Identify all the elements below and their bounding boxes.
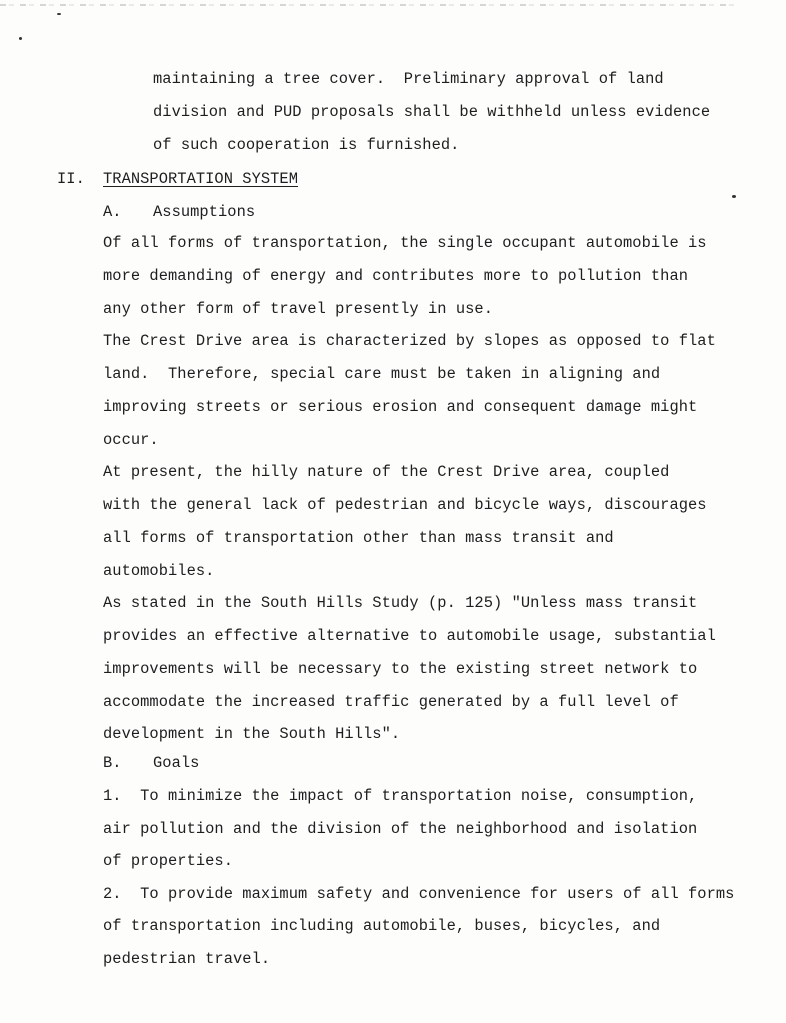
assumption-line: The Crest Drive area is characterized by…: [103, 332, 716, 350]
scan-speck: [19, 37, 22, 40]
assumption-line: with the general lack of pedestrian and …: [103, 496, 707, 514]
assumption-line: automobiles.: [103, 562, 214, 580]
goal-line: 2. To provide maximum safety and conveni…: [103, 885, 734, 903]
goal-line: of transportation including automobile, …: [103, 917, 660, 935]
scan-speck: [732, 195, 736, 198]
goal-line: 1. To minimize the impact of transportat…: [103, 787, 697, 805]
subsection-b-letter: B.: [103, 754, 122, 772]
assumption-line: all forms of transportation other than m…: [103, 529, 614, 547]
assumption-line: land. Therefore, special care must be ta…: [103, 365, 660, 383]
assumption-line: improving streets or serious erosion and…: [103, 398, 697, 416]
section-number: II.: [57, 170, 85, 188]
scan-speck: [57, 13, 61, 15]
assumption-line: improvements will be necessary to the ex…: [103, 660, 697, 678]
assumption-line: accommodate the increased traffic genera…: [103, 693, 679, 711]
subsection-b-title: Goals: [153, 754, 199, 772]
assumption-line: At present, the hilly nature of the Cres…: [103, 463, 669, 481]
continuation-line: of such cooperation is furnished.: [153, 136, 459, 154]
assumption-line: occur.: [103, 431, 159, 449]
assumption-line: provides an effective alternative to aut…: [103, 627, 716, 645]
continuation-line: division and PUD proposals shall be with…: [153, 103, 710, 121]
subsection-a-letter: A.: [103, 203, 122, 221]
goal-line: of properties.: [103, 852, 233, 870]
assumption-line: Of all forms of transportation, the sing…: [103, 234, 707, 252]
section-title: TRANSPORTATION SYSTEM: [103, 170, 298, 188]
scan-edge-artifact: [0, 4, 740, 6]
subsection-a-title: Assumptions: [153, 203, 255, 221]
goal-line: pedestrian travel.: [103, 950, 270, 968]
assumption-line: more demanding of energy and contributes…: [103, 267, 688, 285]
assumption-line: As stated in the South Hills Study (p. 1…: [103, 594, 697, 612]
assumption-line: development in the South Hills".: [103, 725, 400, 743]
goal-line: air pollution and the division of the ne…: [103, 820, 697, 838]
continuation-line: maintaining a tree cover. Preliminary ap…: [153, 70, 664, 88]
assumption-line: any other form of travel presently in us…: [103, 300, 493, 318]
